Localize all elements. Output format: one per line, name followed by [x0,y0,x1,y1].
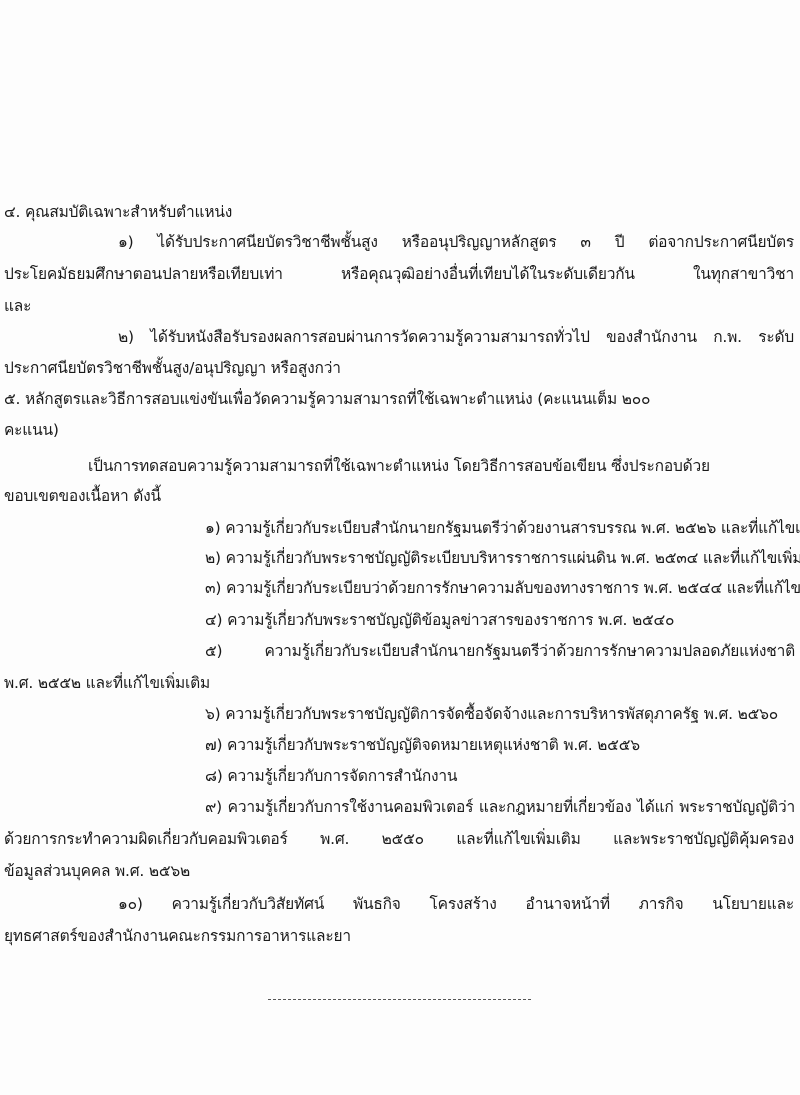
topic-4: ๔) ความรู้เกี่ยวกับพระราชบัญญัติข้อมูลข่… [205,609,674,631]
topic-3: ๓) ความรู้เกี่ยวกับระเบียบว่าด้วยการรักษ… [205,577,800,599]
topic-10-line-2: ยุทธศาสตร์ของสำนักงานคณะกรรมการอาหารและย… [4,925,351,947]
qualification-1-line-2: ประโยคมัธยมศึกษาตอนปลายหรือเทียบเท่า หรื… [4,263,794,285]
topic-9-line-3: ข้อมูลส่วนบุคคล พ.ศ. ๒๕๖๒ [4,860,190,882]
qualification-1-line-1: ๑) ได้รับประกาศนียบัตรวิชาชีพชั้นสูง หรื… [118,231,794,253]
topic-2: ๒) ความรู้เกี่ยวกับพระราชบัญญัติระเบียบบ… [205,547,800,569]
qualification-2-line-1: ๒) ได้รับหนังสือรับรองผลการสอบผ่านการวัด… [118,326,794,348]
topic-10-line-1: ๑๐) ความรู้เกี่ยวกับวิสัยทัศน์ พันธกิจ โ… [118,893,794,915]
topic-9-line-1: ๙) ความรู้เกี่ยวกับการใช้งานคอมพิวเตอร์ … [205,796,795,818]
section-5-intro-line-1: เป็นการทดสอบความรู้ความสามารถที่ใช้เฉพาะ… [88,455,708,477]
document-page: ๔. คุณสมบัติเฉพาะสำหรับตำแหน่ง ๑) ได้รับ… [0,0,800,1095]
topic-9-line-2: ด้วยการกระทำความผิดเกี่ยวกับคอมพิวเตอร์ … [4,828,794,850]
end-separator-line [268,999,531,1000]
topic-6: ๖) ความรู้เกี่ยวกับพระราชบัญญัติการจัดซื… [205,703,778,725]
section-5-intro-line-2: ขอบเขตของเนื้อหา ดังนี้ [4,485,161,507]
qualification-1-line-3: และ [4,295,31,317]
section-4-heading: ๔. คุณสมบัติเฉพาะสำหรับตำแหน่ง [4,201,232,223]
topic-1: ๑) ความรู้เกี่ยวกับระเบียบสำนักนายกรัฐมน… [205,517,800,539]
topic-5-line-2: พ.ศ. ๒๕๕๒ และที่แก้ไขเพิ่มเติม [4,672,210,694]
topic-7: ๗) ความรู้เกี่ยวกับพระราชบัญญัติจดหมายเห… [205,734,640,756]
qualification-2-line-2: ประกาศนียบัตรวิชาชีพชั้นสูง/อนุปริญญา หร… [4,357,341,379]
section-5-heading-line-2: คะแนน) [4,419,59,441]
topic-5-line-1: ๕) ความรู้เกี่ยวกับระเบียบสำนักนายกรัฐมน… [205,640,795,662]
section-5-heading-line-1: ๕. หลักสูตรและวิธีการสอบแข่งขันเพื่อวัดค… [4,388,764,410]
topic-8: ๘) ความรู้เกี่ยวกับการจัดการสำนักงาน [205,765,457,787]
